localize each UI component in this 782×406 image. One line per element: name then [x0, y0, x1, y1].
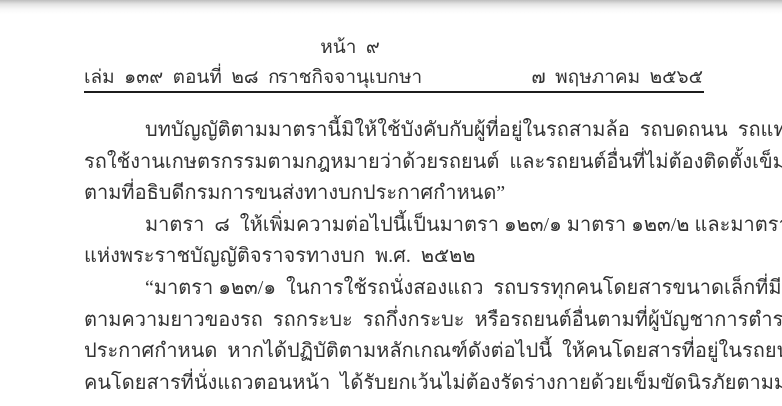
paragraph-2-line-2: แห่งพระราชบัญญัติจราจรทางบก พ.ศ. ๒๕๒๒ [84, 241, 724, 273]
gazette-title: ราชกิจจานุเบกษา [278, 66, 422, 90]
paragraph-3-line-4: คนโดยสารที่นั่งแถวตอนหน้า ได้รับยกเว้นไม… [84, 368, 724, 400]
header-horizontal-rule [84, 91, 704, 93]
gazette-page: หน้า ๙ เล่ม ๑๓๙ ตอนที่ ๒๘ ก ราชกิจจานุเบ… [0, 0, 782, 406]
publication-date: ๗ พฤษภาคม ๒๕๖๕ [531, 66, 703, 90]
document-body: บทบัญญัติตามมาตรานี้มิให้ใช้บังคับกับผู้… [84, 115, 724, 399]
page-top-shadow [0, 0, 782, 14]
paragraph-3-line-3: ประกาศกำหนด หากได้ปฏิบัติตามหลักเกณฑ์ดัง… [84, 336, 724, 368]
paragraph-3-line-1: “มาตรา ๑๒๓/๑ ในการใช้รถนั่งสองแถว รถบรรท… [84, 273, 724, 305]
volume-issue-label: เล่ม ๑๓๙ ตอนที่ ๒๘ ก [84, 66, 280, 90]
paragraph-1-line-2: รถใช้งานเกษตรกรรมตามกฎหมายว่าด้วยรถยนต์ … [84, 147, 724, 179]
paragraph-1-line-1: บทบัญญัติตามมาตรานี้มิให้ใช้บังคับกับผู้… [84, 115, 724, 147]
paragraph-3-line-2: ตามความยาวของรถ รถกระบะ รถกึ่งกระบะ หรือ… [84, 305, 724, 337]
paragraph-2-line-1: มาตรา ๘ ให้เพิ่มความต่อไปนี้เป็นมาตรา ๑๒… [84, 210, 724, 242]
paragraph-1-line-3: ตามที่อธิบดีกรมการขนส่งทางบกประกาศกำหนด” [84, 178, 724, 210]
page-number-label: หน้า ๙ [320, 36, 380, 60]
